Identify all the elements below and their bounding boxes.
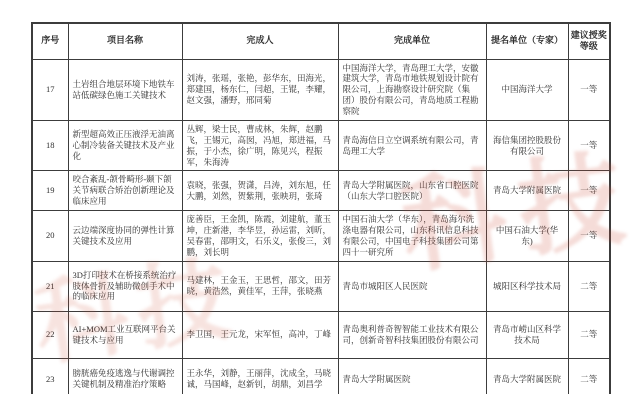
cell-completers: 庞善臣，王金凯，陈霞，刘建航，董玉坤，庄新港，李华昱，孙运雷，刘昕，吴春雷，邵明… (182, 211, 338, 262)
column-header-index: 序号 (32, 23, 68, 59)
cell-project: 膀胱癌免疫逃逸与代谢调控关键机制及精准治疗策略 (68, 358, 182, 394)
cell-units: 青岛大学附属医院，山东省口腔医院（山东大学口腔医院） (338, 171, 486, 211)
cell-grade: 二等 (568, 261, 610, 311)
table-row: 22AI+MOM工业互联网平台关键技术与应用李卫国，王元龙，宋军恒，高冲，丁峰青… (32, 311, 610, 358)
cell-project: 3D打印技术在桥接系统治疗肢体骨折及辅助微创手术中的临床应用 (68, 261, 182, 311)
cell-grade: 一等 (568, 120, 610, 171)
cell-grade: 一等 (568, 171, 610, 211)
cell-completers: 王永华，刘静，王丽萍，沈成全，马晓诚，马国峰，赵新钊，胡鼎，刘昌学 (182, 358, 338, 394)
cell-units: 青岛大学附属医院 (338, 358, 486, 394)
table-header-row: 序号项目名称完成人完成单位提名单位（专家）建议授奖等级 (32, 23, 610, 59)
cell-project: 咬合紊乱-颌骨畸形-颞下颌关节病联合矫治创新理论及临床应用 (68, 171, 182, 211)
cell-units: 青岛海信日立空调系统有限公司，青岛理工大学 (338, 120, 486, 171)
table-row: 17土岩组合地层环境下地铁车站低碳绿色施工关键技术刘涛，张瑶，张艳，彭华东，田海… (32, 59, 610, 120)
cell-nominator: 青岛市崂山区科学技术局 (486, 311, 568, 358)
cell-nominator: 青岛大学附属医院 (486, 358, 568, 394)
column-header-nominator: 提名单位（专家） (486, 23, 568, 59)
cell-completers: 李卫国，王元龙，宋军恒，高冲，丁峰 (182, 311, 338, 358)
cell-grade: 二等 (568, 358, 610, 394)
cell-units: 青岛市城阳区人民医院 (338, 261, 486, 311)
cell-completers: 丛辉，梁士民，曹成林，朱辉，赵鹏飞，王锡元，高囡，冯旭，郑进福，马振，于小杰，徐… (182, 120, 338, 171)
cell-project: AI+MOM工业互联网平台关键技术与应用 (68, 311, 182, 358)
cell-nominator: 青岛大学附属医院 (486, 171, 568, 211)
column-header-units: 完成单位 (338, 23, 486, 59)
column-header-project: 项目名称 (68, 23, 182, 59)
cell-nominator: 海信集团控股股份有限公司 (486, 120, 568, 171)
table-row: 213D打印技术在桥接系统治疗肢体骨折及辅助微创手术中的临床应用马建林，王金玉，… (32, 261, 610, 311)
cell-nominator: 城阳区科学技术局 (486, 261, 568, 311)
cell-grade: 一等 (568, 59, 610, 120)
cell-units: 中国海洋大学，青岛理工大学，安徽建筑大学，青岛市地铁规划设计院有限公司，上海勘察… (338, 59, 486, 120)
table-row: 20云边端深度协同的弹性计算关键技术及应用庞善臣，王金凯，陈霞，刘建航，董玉坤，… (32, 211, 610, 262)
award-nomination-table: 序号项目名称完成人完成单位提名单位（专家）建议授奖等级 17土岩组合地层环境下地… (31, 22, 611, 394)
cell-completers: 刘涛，张瑶，张艳，彭华东，田海光，郑建国，杨东仁，闫超，王锟，李耀，赵文强，潘野… (182, 59, 338, 120)
cell-units: 中国石油大学（华东），青岛海尔洗涤电器有限公司，山东科讯信息科技有限公司，中国电… (338, 211, 486, 262)
cell-project: 土岩组合地层环境下地铁车站低碳绿色施工关键技术 (68, 59, 182, 120)
document-page: 科技 科技 序号项目名称完成人完成单位提名单位（专家）建议授奖等级 17土岩组合… (0, 0, 639, 394)
cell-index: 18 (32, 120, 68, 171)
cell-grade: 一等 (568, 211, 610, 262)
column-header-grade: 建议授奖等级 (568, 23, 610, 59)
cell-index: 19 (32, 171, 68, 211)
cell-index: 20 (32, 211, 68, 262)
column-header-completers: 完成人 (182, 23, 338, 59)
cell-index: 22 (32, 311, 68, 358)
cell-grade: 二等 (568, 311, 610, 358)
table-row: 23膀胱癌免疫逃逸与代谢调控关键机制及精准治疗策略王永华，刘静，王丽萍，沈成全，… (32, 358, 610, 394)
cell-index: 17 (32, 59, 68, 120)
cell-project: 新型超高效正压液浮无油离心制冷装备关键技术及产业化 (68, 120, 182, 171)
cell-nominator: 中国石油大学(华东) (486, 211, 568, 262)
cell-completers: 袁晓，张强，贺潇，吕涛，刘东旭，任大鹏，刘然，贺紫荆，张映玥，张琦 (182, 171, 338, 211)
cell-nominator: 中国海洋大学 (486, 59, 568, 120)
table-row: 19咬合紊乱-颌骨畸形-颞下颌关节病联合矫治创新理论及临床应用袁晓，张强，贺潇，… (32, 171, 610, 211)
cell-completers: 马建林，王金玉，王思哲，邵文，田芳晓，黄浩然，黄佳军，王萍，张晓燕 (182, 261, 338, 311)
cell-project: 云边端深度协同的弹性计算关键技术及应用 (68, 211, 182, 262)
cell-units: 青岛奥利普奇智智能工业技术有限公司，创新奇智科技集团股份有限公司 (338, 311, 486, 358)
table-row: 18新型超高效正压液浮无油离心制冷装备关键技术及产业化丛辉，梁士民，曹成林，朱辉… (32, 120, 610, 171)
cell-index: 21 (32, 261, 68, 311)
cell-index: 23 (32, 358, 68, 394)
